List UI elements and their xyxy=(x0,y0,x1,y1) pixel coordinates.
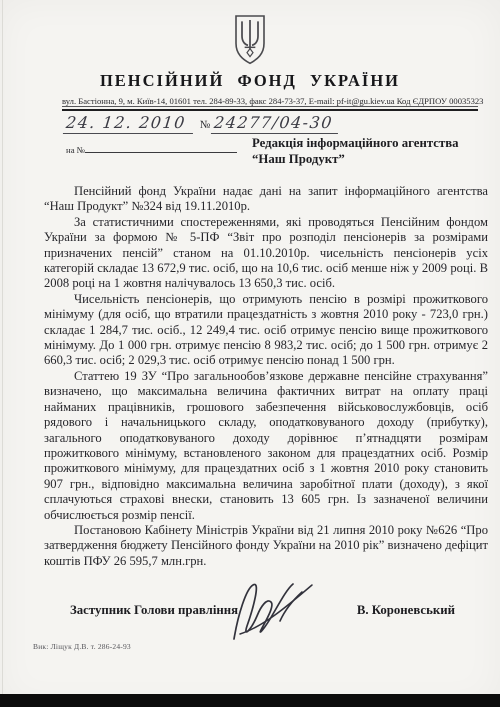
scanned-letter-page: ПЕНСІЙНИЙ ФОНД УКРАЇНИ вул. Бастіонна, 9… xyxy=(0,0,500,707)
letter-body: Пенсійний фонд України надає дані на зап… xyxy=(44,184,488,569)
signer-position-title: Заступник Голови правління xyxy=(70,603,238,618)
separator-rule-thick xyxy=(62,109,478,112)
signature-row: Заступник Голови правління В. Короневськ… xyxy=(70,603,455,618)
outgoing-number-handwritten: 24277/04-30 xyxy=(211,113,340,134)
signer-name: В. Короневський xyxy=(357,603,455,618)
org-title: ПЕНСІЙНИЙ ФОНД УКРАЇНИ xyxy=(0,71,500,91)
recipient-line-1: Редакція інформаційного агентства xyxy=(252,135,467,151)
paragraph-3: Чисельність пенсіонерів, що отримують пе… xyxy=(44,292,488,369)
scan-left-edge-artifact xyxy=(2,0,3,694)
signature-handwriting xyxy=(222,577,322,660)
separator-rule-thin xyxy=(62,106,478,107)
paragraph-2: За статистичними спостереженнями, які пр… xyxy=(44,215,488,292)
paragraph-5: Постановою Кабінету Міністрів України ві… xyxy=(44,523,488,569)
date-handwritten: 24. 12. 2010 xyxy=(63,113,195,134)
trident-emblem-icon xyxy=(230,14,270,71)
recipient-block: Редакція інформаційного агентства “Наш П… xyxy=(252,135,467,167)
reply-to-label: на № xyxy=(66,145,85,155)
reference-row: 24. 12. 2010№24277/04-30 xyxy=(64,113,339,134)
executor-footer: Вик: Ліщук Д.В. т. 286-24-93 xyxy=(33,642,131,651)
reply-to-blank-line xyxy=(85,142,237,153)
reply-to-row: на № xyxy=(66,140,237,158)
paragraph-4: Статтею 19 ЗУ “Про загальнообов’язкове д… xyxy=(44,369,488,523)
scan-bottom-edge-artifact xyxy=(0,694,500,707)
org-address-line: вул. Бастіонна, 9, м. Київ-14, 01601 тел… xyxy=(62,96,478,106)
number-sign: № xyxy=(200,119,211,131)
paragraph-1: Пенсійний фонд України надає дані на зап… xyxy=(44,184,488,215)
recipient-line-2: “Наш Продукт” xyxy=(252,151,467,167)
